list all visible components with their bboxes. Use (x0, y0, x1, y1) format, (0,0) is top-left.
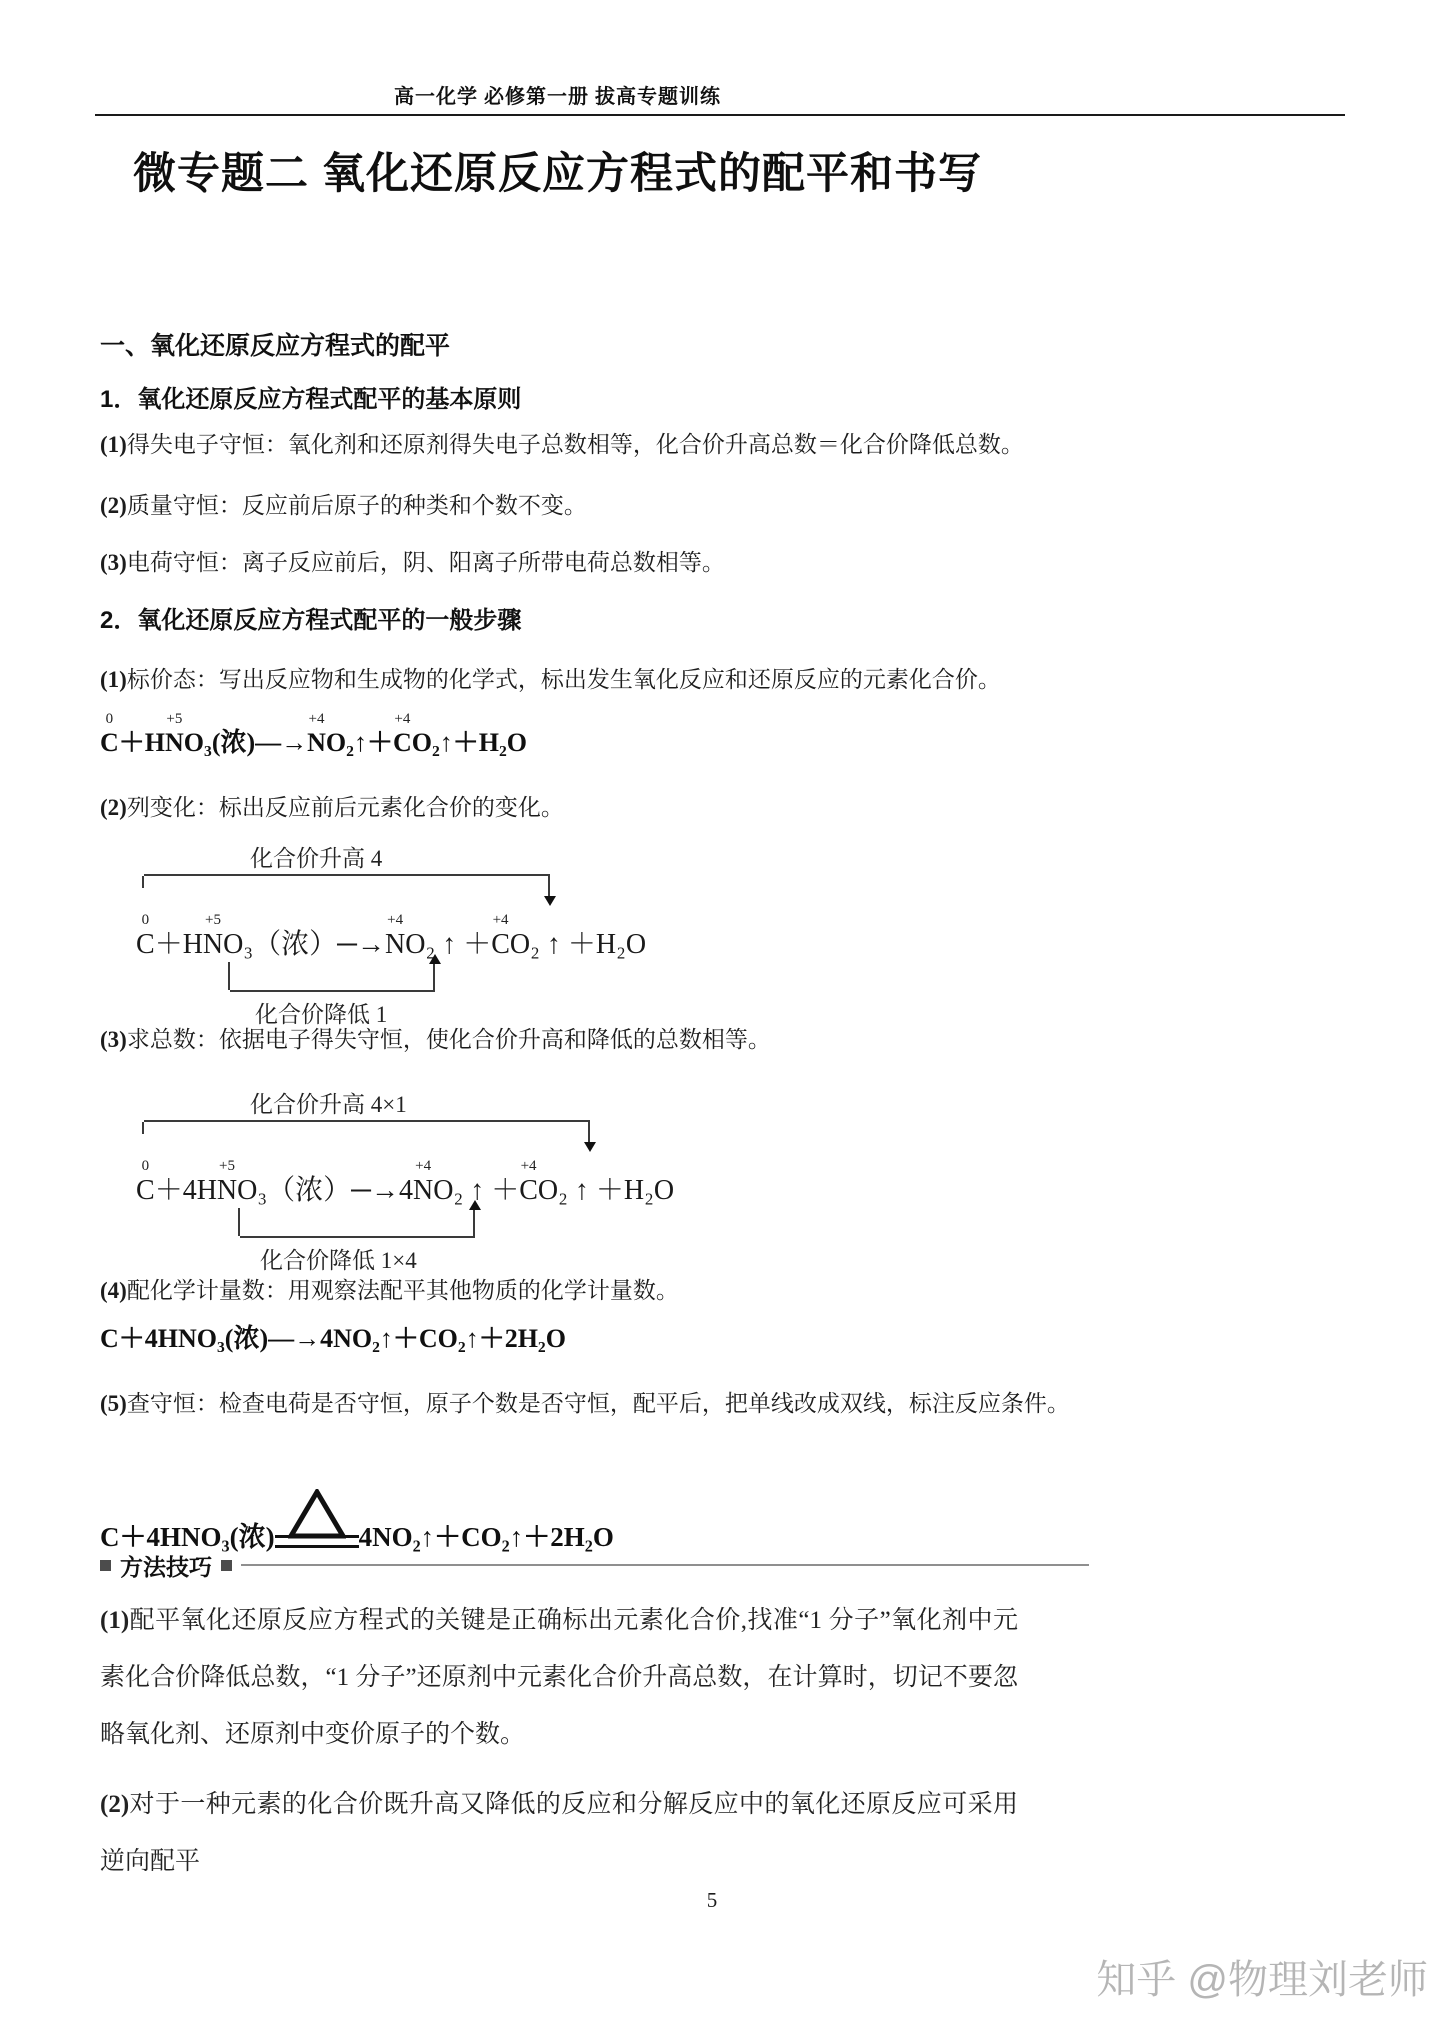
tips-rule (241, 1564, 1089, 1566)
square-bullet-icon (100, 1560, 111, 1571)
formula-text: N (217, 1175, 237, 1206)
oxidation-state-label: +4 (493, 913, 509, 928)
atom-with-oxidation-state: +4N (307, 728, 326, 758)
arrow-up-icon (469, 1200, 481, 1210)
formula-text: ─→ (337, 929, 385, 960)
formula-text: ─→ (351, 1175, 399, 1206)
formula-text: C (100, 728, 119, 757)
decrease-bracket (240, 1208, 475, 1238)
atom-with-oxidation-state: +4C (491, 929, 510, 961)
formula-text: N (165, 728, 184, 757)
formula-text: O₂ ↑ ＋H₂O (510, 929, 646, 960)
atom-with-oxidation-state: 0C (100, 728, 119, 758)
item-number: (2) (100, 493, 127, 518)
bracket-tick (238, 1208, 240, 1236)
tips-header: 方法技巧 (100, 1552, 1140, 1578)
item-text: 列变化：标出反应前后元素化合价的变化。 (127, 795, 564, 820)
item-number: (1) (100, 667, 127, 692)
formula-text: O₂↑＋ (326, 728, 393, 757)
formula-text: O₂↑＋H₂O (412, 728, 527, 757)
formula-text: ＋H (155, 929, 203, 960)
oxidation-state-label: +4 (394, 712, 410, 727)
equation-fragment: ＋H (155, 922, 203, 962)
oxidation-state-label: +4 (415, 1159, 431, 1174)
formula-text: N (413, 1175, 433, 1206)
equation-fragment: O₂ ↑ ＋ (405, 922, 491, 962)
tips-title: 方法技巧 (120, 1549, 212, 1582)
arrow-up-icon (429, 954, 441, 964)
equation-balanced: C＋4HNO₃(浓)—→4NO₂↑＋CO₂↑＋2H₂O (100, 1318, 566, 1355)
principle-item: (2)质量守恒：反应前后原子的种类和个数不变。 (100, 487, 587, 520)
step-item: (3)求总数：依据电子得失守恒，使化合价升高和降低的总数相等。 (100, 1021, 771, 1054)
formula-text: C (136, 1175, 155, 1206)
item-text: 对于一种元素的化合价既升高又降低的反应和分解反应中的氧化还原反应可采用逆向配平 (100, 1791, 1018, 1875)
bracket-drop-line (588, 1122, 590, 1144)
item-text: 配化学计量数：用观察法配平其他物质的化学计量数。 (127, 1278, 679, 1303)
delta-condition (275, 1488, 359, 1550)
diagram-equation: 0C＋H+5NO₃（浓）─→+4NO₂ ↑ ＋+4CO₂ ↑ ＋H₂O (136, 922, 646, 962)
oxidation-state-label: +5 (166, 712, 182, 727)
atom-with-oxidation-state: +5N (203, 929, 223, 961)
oxidation-state-label: +5 (205, 913, 221, 928)
formula-text: C (491, 929, 510, 960)
item-text: 求总数：依据电子得失守恒，使化合价升高和降低的总数相等。 (127, 1027, 771, 1052)
subheading-steps: 2．氧化还原反应方程式配平的一般步骤 (100, 600, 521, 635)
atom-with-oxidation-state: +4C (393, 728, 412, 758)
oxidation-state-label: +4 (309, 712, 325, 727)
item-text: 配平氧化还原反应方程式的关键是正确标出元素化合价,找准“1 分子”氧化剂中元素化… (100, 1607, 1018, 1748)
formula-text: N (385, 929, 405, 960)
equation-fragment: O₂↑＋ (326, 722, 393, 759)
arrow-down-icon (584, 1142, 596, 1152)
diagram-equation: 0C＋4H+5NO₃（浓）─→4+4NO₂ ↑ ＋+4CO₂ ↑ ＋H₂O (136, 1168, 674, 1208)
formula-text: N (203, 929, 223, 960)
item-number: (4) (100, 1278, 127, 1303)
delta-triangle-icon (288, 1489, 346, 1539)
decrease-bracket (230, 962, 435, 992)
step-item: (5)查守恒：检查电荷是否守恒，原子个数是否守恒，配平后，把单线改成双线，标注反… (100, 1385, 1070, 1418)
valence-increase-label: 化合价升高 4×1 (250, 1086, 407, 1119)
atom-with-oxidation-state: +5N (165, 728, 184, 758)
equation-marked: 0C＋H+5NO₃(浓)—→+4NO₂↑＋+4CO₂↑＋H₂O (100, 722, 527, 759)
equation-fragment: O₃（浓） (237, 1168, 351, 1208)
formula-text: C (519, 1175, 538, 1206)
atom-with-oxidation-state: 0C (136, 929, 155, 961)
atom-with-oxidation-state: +4N (413, 1175, 433, 1207)
watermark: 知乎 @物理刘老师 (1096, 1948, 1428, 2005)
formula-text: ＋4H (155, 1175, 217, 1206)
equation-fragment: ＋H (119, 722, 165, 759)
equation-final: C＋4HNO₃(浓)4NO₂↑＋CO₂↑＋2H₂O (100, 1488, 614, 1554)
valence-decrease-label: 化合价降低 1×4 (260, 1242, 417, 1275)
atom-with-oxidation-state: +5N (217, 1175, 237, 1207)
oxidation-state-label: +4 (387, 913, 403, 928)
formula-text: O₂ ↑ ＋H₂O (538, 1175, 674, 1206)
equation-fragment: 4 (399, 1175, 413, 1207)
step-item: (2)列变化：标出反应前后元素化合价的变化。 (100, 789, 564, 822)
oxidation-state-label: 0 (142, 1159, 150, 1174)
item-number: (1) (100, 1607, 129, 1634)
item-text: 标价态：写出反应物和生成物的化学式，标出发生氧化反应和还原反应的元素化合价。 (127, 667, 1001, 692)
bracket-tick (228, 962, 230, 990)
section-heading: 一、氧化还原反应方程式的配平 (100, 326, 450, 362)
formula-text: O₃（浓） (223, 929, 337, 960)
oxidation-state-label: +4 (521, 1159, 537, 1174)
formula-text: N (307, 728, 326, 757)
equation-right: 4NO₂↑＋CO₂↑＋2H₂O (359, 1522, 614, 1552)
formula-text: O₃(浓)—→ (184, 728, 307, 757)
item-number: (3) (100, 1027, 127, 1052)
subheading-principles: 1．氧化还原反应方程式配平的基本原则 (100, 379, 521, 414)
bracket-tick (142, 876, 144, 888)
header-rule (95, 114, 1345, 116)
equation-fragment: O₂ ↑ ＋H₂O (510, 922, 646, 962)
formula-text: O₃（浓） (237, 1175, 351, 1206)
oxidation-state-label: 0 (142, 913, 150, 928)
atom-with-oxidation-state: +4C (519, 1175, 538, 1207)
principle-item: (3)电荷守恒：离子反应前后，阴、阳离子所带电荷总数相等。 (100, 544, 725, 577)
increase-bracket (144, 874, 550, 900)
tip-item: (1)配平氧化还原反应方程式的关键是正确标出元素化合价,找准“1 分子”氧化剂中… (100, 1592, 1018, 1763)
equation-fragment: ＋4H (155, 1168, 217, 1208)
equation-fragment: O₃(浓)—→ (184, 722, 307, 759)
bracket-rise-line (473, 1208, 475, 1236)
page-header: 高一化学 必修第一册 拔高专题训练 (100, 80, 1015, 109)
formula-text: 4 (399, 1175, 413, 1206)
atom-with-oxidation-state: 0C (136, 1175, 155, 1207)
item-number: (2) (100, 795, 127, 820)
item-text: 质量守恒：反应前后原子的种类和个数不变。 (127, 493, 587, 518)
increase-bracket (144, 1120, 590, 1146)
equation-fragment: O₂↑＋H₂O (412, 722, 527, 759)
formula-text: O₂ ↑ ＋ (405, 929, 491, 960)
square-bullet-icon (221, 1560, 232, 1571)
double-line (275, 1535, 359, 1548)
document-page: 高一化学 必修第一册 拔高专题训练 微专题二 氧化还原反应方程式的配平和书写 一… (0, 0, 1440, 2037)
valence-change-diagram-2: 化合价升高 4×1 0C＋4H+5NO₃（浓）─→4+4NO₂ ↑ ＋+4CO₂… (100, 1086, 1015, 1286)
arrow-down-icon (544, 896, 556, 906)
bracket-tick (142, 1122, 144, 1134)
item-number: (3) (100, 550, 127, 575)
atom-with-oxidation-state: +4N (385, 929, 405, 961)
page-title: 微专题二 氧化还原反应方程式的配平和书写 (100, 140, 1015, 201)
equation-fragment: ─→ (337, 929, 385, 961)
item-number: (5) (100, 1391, 127, 1416)
step-item: (4)配化学计量数：用观察法配平其他物质的化学计量数。 (100, 1272, 679, 1305)
page-number: 5 (0, 1888, 1424, 1913)
item-text: 电荷守恒：离子反应前后，阴、阳离子所带电荷总数相等。 (127, 550, 725, 575)
item-text: 查守恒：检查电荷是否守恒，原子个数是否守恒，配平后，把单线改成双线，标注反应条件… (127, 1391, 1070, 1416)
equation-fragment: O₂ ↑ ＋H₂O (538, 1168, 674, 1208)
principle-item: (1)得失电子守恒：氧化剂和还原剂得失电子总数相等，化合价升高总数＝化合价降低总… (100, 426, 1024, 459)
valence-increase-label: 化合价升高 4 (250, 840, 382, 873)
item-text: 得失电子守恒：氧化剂和还原剂得失电子总数相等，化合价升高总数＝化合价降低总数。 (127, 432, 1024, 457)
oxidation-state-label: +5 (219, 1159, 235, 1174)
step-item: (1)标价态：写出反应物和生成物的化学式，标出发生氧化反应和还原反应的元素化合价… (100, 661, 1001, 694)
formula-text: C (136, 929, 155, 960)
formula-text: C (393, 728, 412, 757)
item-number: (2) (100, 1791, 129, 1818)
tip-item: (2)对于一种元素的化合价既升高又降低的反应和分解反应中的氧化还原反应可采用逆向… (100, 1776, 1018, 1890)
bracket-rise-line (433, 962, 435, 990)
valence-change-diagram-1: 化合价升高 4 0C＋H+5NO₃（浓）─→+4NO₂ ↑ ＋+4CO₂ ↑ ＋… (100, 840, 1015, 1040)
item-number: (1) (100, 432, 127, 457)
equation-left: C＋4HNO₃(浓) (100, 1522, 275, 1552)
equation-fragment: ─→ (351, 1175, 399, 1207)
bracket-drop-line (548, 876, 550, 898)
formula-text: ＋H (119, 728, 165, 757)
equation-fragment: O₃（浓） (223, 922, 337, 962)
oxidation-state-label: 0 (106, 712, 114, 727)
